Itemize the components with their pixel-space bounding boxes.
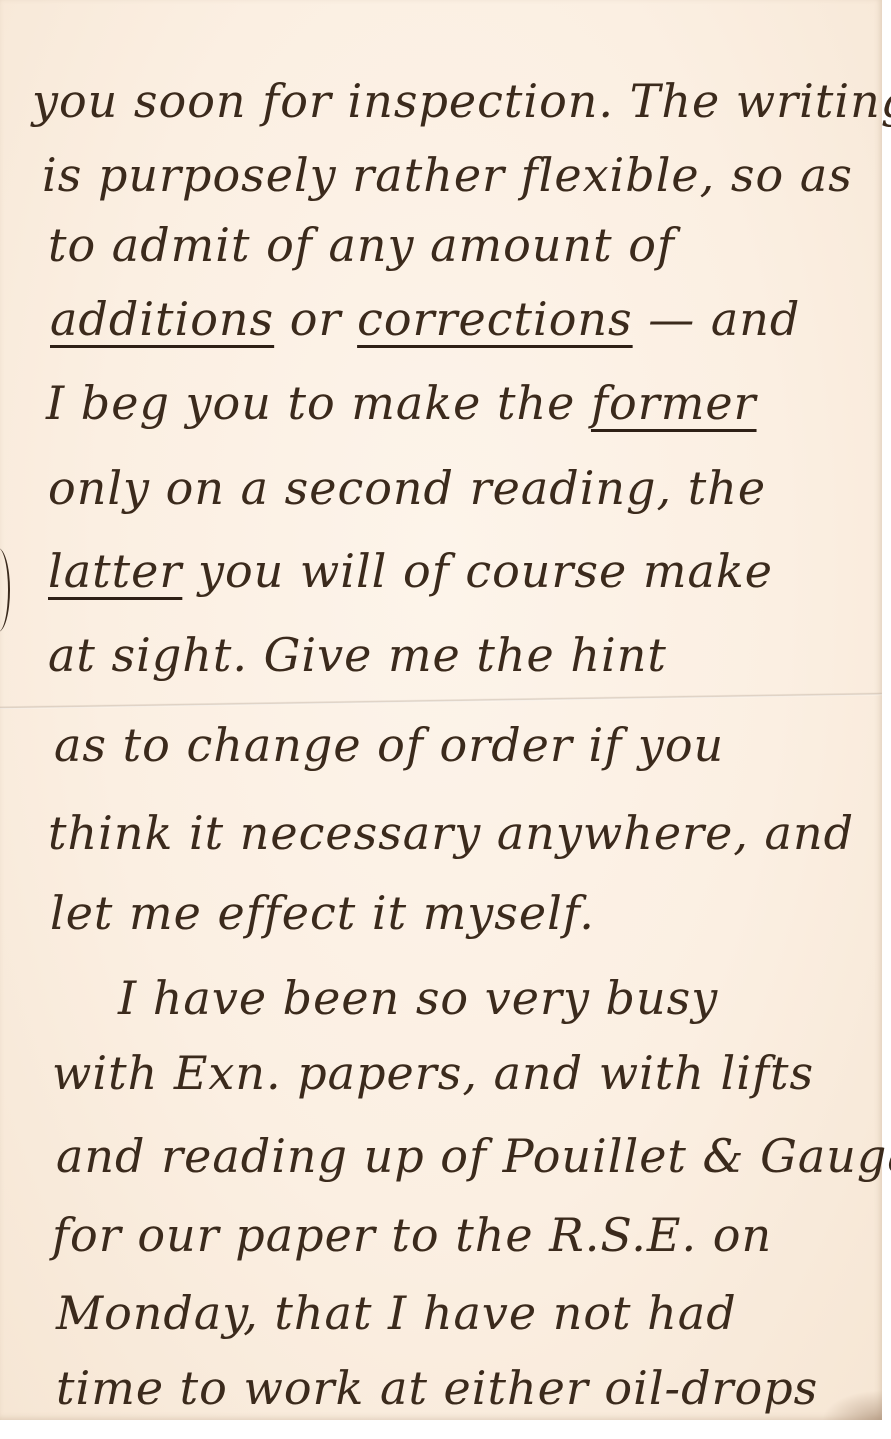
line-text: to admit of any amount of <box>48 218 675 272</box>
line-text: time to work at either oil-drops <box>56 1361 818 1415</box>
text-line-2: is purposely rather flexible, so as <box>42 152 853 198</box>
underlined-word-additions: additions <box>50 292 274 346</box>
line-text: you soon for inspection. The writing <box>32 74 891 128</box>
line-text: is purposely rather flexible, so as <box>42 148 853 202</box>
line-text: at sight. Give me the hint <box>48 628 667 682</box>
line-text: I beg you to make the <box>46 376 591 430</box>
underlined-word-corrections: corrections <box>357 292 633 346</box>
underlined-word-latter: latter <box>48 544 182 598</box>
text-line-4: additions or corrections — and <box>50 296 800 342</box>
text-line-9: as to change of order if you <box>54 722 724 768</box>
line-text: and reading up of Pouillet & Gaugain <box>56 1129 891 1183</box>
text-line-13: with Exn. papers, and with lifts <box>52 1050 814 1096</box>
paper-fold-crease <box>0 692 882 709</box>
line-text: — and <box>633 292 801 346</box>
text-line-10: think it necessary anywhere, and <box>48 810 854 856</box>
text-line-12-paragraph-start: I have been so very busy <box>118 975 718 1021</box>
line-text: let me effect it myself. <box>50 886 595 940</box>
line-text: I have been so very busy <box>118 971 718 1025</box>
text-line-14: and reading up of Pouillet & Gaugain <box>56 1133 891 1179</box>
underlined-word-former: former <box>591 376 757 430</box>
text-line-15: for our paper to the R.S.E. on <box>52 1212 772 1258</box>
text-line-7: latter you will of course make <box>48 548 773 594</box>
text-line-1: you soon for inspection. The writing <box>32 78 891 124</box>
line-text: Monday, that I have not had <box>56 1286 737 1340</box>
text-line-17: time to work at either oil-drops <box>56 1365 818 1411</box>
corner-stain <box>822 1390 882 1420</box>
text-line-11: let me effect it myself. <box>50 890 595 936</box>
line-text: only on a second reading, the <box>48 461 766 515</box>
letter-page: you soon for inspection. The writing is … <box>0 0 882 1420</box>
line-text: you will of course make <box>182 544 773 598</box>
line-text: think it necessary anywhere, and <box>48 806 854 860</box>
margin-bracket-mark <box>0 548 10 632</box>
text-line-16: Monday, that I have not had <box>56 1290 737 1336</box>
line-text: as to change of order if you <box>54 718 724 772</box>
text-line-5: I beg you to make the former <box>46 380 757 426</box>
line-text: for our paper to the R.S.E. on <box>52 1208 772 1262</box>
text-line-6: only on a second reading, the <box>48 465 766 511</box>
text-line-3: to admit of any amount of <box>48 222 675 268</box>
line-text: or <box>274 292 357 346</box>
text-line-8: at sight. Give me the hint <box>48 632 667 678</box>
line-text: with Exn. papers, and with lifts <box>52 1046 814 1100</box>
